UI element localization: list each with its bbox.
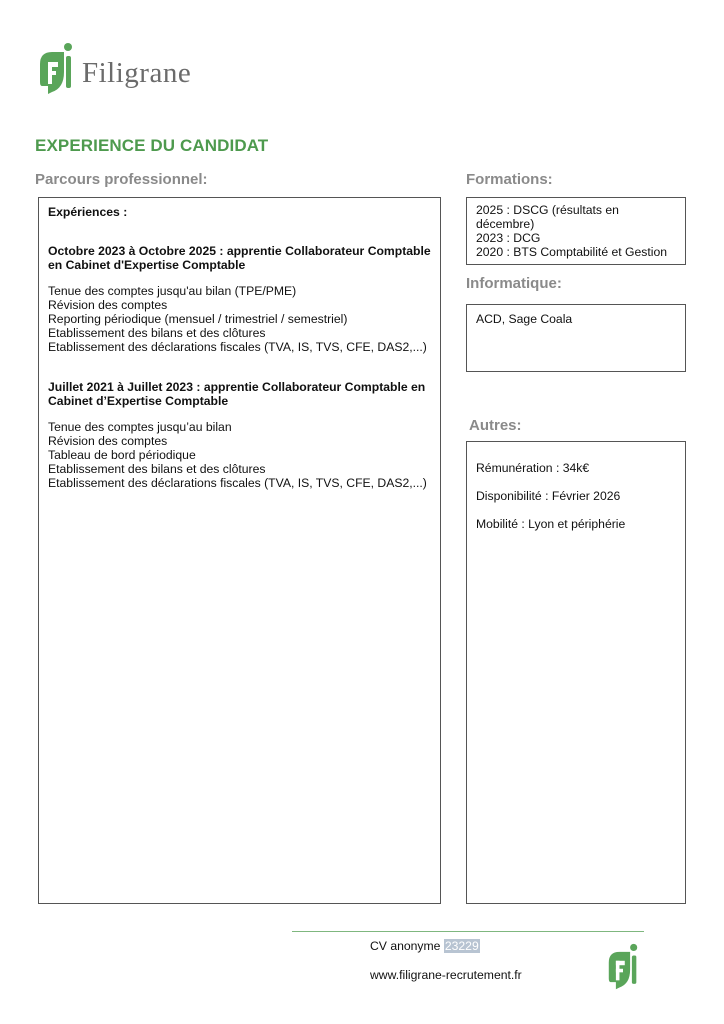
page-title: EXPERIENCE DU CANDIDAT [35, 136, 268, 156]
formation-item: 2020 : BTS Comptabilité et Gestion [476, 245, 676, 259]
autres-item: Rémunération : 34k€ [476, 461, 676, 475]
footer-website[interactable]: www.filigrane-recrutement.fr [370, 968, 522, 982]
experience-task: Etablissement des déclarations fiscales … [48, 476, 431, 490]
experience-task: Reporting périodique (mensuel / trimestr… [48, 312, 431, 326]
experience-task: Etablissement des déclarations fiscales … [48, 340, 431, 354]
experience-task: Etablissement des bilans et des clôtures [48, 326, 431, 340]
autres-label: Autres: [469, 417, 522, 434]
filigrane-fi-logo-icon [38, 42, 74, 96]
formation-item: 2025 : DSCG (résultats en décembre) [476, 203, 676, 231]
experience-entry: Octobre 2023 à Octobre 2025 : apprentie … [48, 244, 431, 354]
autres-item: Disponibilité : Février 2026 [476, 489, 676, 503]
autres-box: Rémunération : 34k€ Disponibilité : Févr… [466, 441, 686, 904]
experience-task: Etablissement des bilans et des clôtures [48, 462, 431, 476]
cv-label: CV anonyme [370, 939, 440, 953]
formations-box: 2025 : DSCG (résultats en décembre) 2023… [466, 197, 686, 265]
informatique-value: ACD, Sage Coala [476, 312, 676, 326]
experience-box: Expériences : Octobre 2023 à Octobre 202… [38, 197, 441, 904]
informatique-box: ACD, Sage Coala [466, 304, 686, 372]
formation-item: 2023 : DCG [476, 231, 676, 245]
brand-name: Filigrane [82, 57, 191, 90]
experience-task: Tableau de bord périodique [48, 448, 431, 462]
experience-entry: Juillet 2021 à Juillet 2023 : apprentie … [48, 380, 431, 490]
experience-task: Tenue des comptes jusqu'au bilan (TPE/PM… [48, 284, 431, 298]
parcours-label: Parcours professionnel: [35, 171, 208, 188]
experiences-heading: Expériences : [48, 205, 431, 219]
footer-logo [605, 943, 641, 996]
formations-label: Formations: [466, 171, 553, 188]
footer-cv-reference: CV anonyme 23229 [370, 939, 480, 953]
footer-divider [292, 931, 644, 932]
experience-title: Octobre 2023 à Octobre 2025 : apprentie … [48, 244, 431, 272]
experience-title: Juillet 2021 à Juillet 2023 : apprentie … [48, 380, 431, 408]
brand-logo: Filigrane [38, 42, 191, 96]
autres-item: Mobilité : Lyon et périphérie [476, 517, 676, 531]
informatique-label: Informatique: [466, 275, 562, 292]
experience-task: Révision des comptes [48, 298, 431, 312]
filigrane-fi-logo-icon [605, 943, 641, 991]
experience-task: Tenue des comptes jusqu’au bilan [48, 420, 431, 434]
cv-id: 23229 [444, 939, 480, 953]
experience-task: Révision des comptes [48, 434, 431, 448]
